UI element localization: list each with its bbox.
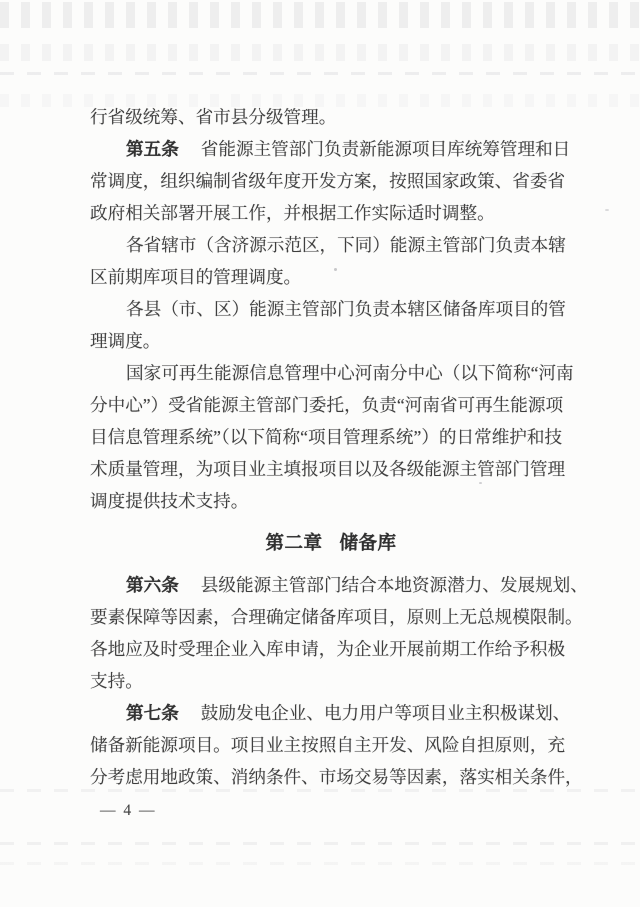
body-line: 各县（市、区）能源主管部门负责本辖区储备库项目的管	[90, 293, 572, 325]
body-line: 各地应及时受理企业入库申请，为企业开展前期工作给予积极	[90, 633, 572, 665]
scan-texture-line	[0, 862, 640, 865]
scan-texture-line	[0, 72, 640, 75]
text-column: 行省级统筹、省市县分级管理。 第五条省能源主管部门负责新能源项目库统筹管理和日 …	[90, 101, 572, 793]
body-line-text: 鼓励发电企业、电力用户等项目业主积极谋划、	[201, 703, 570, 723]
body-line: 政府相关部署开展工作，并根据工作实际适时调整。	[90, 197, 572, 229]
body-line-text: 术质量管理，为项目业主填报项目以及各级能源主管部门管理	[90, 459, 565, 479]
body-line-text: 省能源主管部门负责新能源项目库统筹管理和日	[201, 139, 570, 159]
body-line-text: 政府相关部署开展工作，并根据工作实际适时调整。	[90, 203, 495, 223]
page-number: — 4 —	[100, 802, 157, 820]
body-line-text: 要素保障等因素，合理确定储备库项目，原则上无总规模限制。	[90, 607, 583, 627]
body-line-text: 支持。	[90, 671, 143, 691]
chapter-heading: 第二章储备库	[90, 527, 572, 559]
body-line: 要素保障等因素，合理确定储备库项目，原则上无总规模限制。	[90, 601, 572, 633]
body-line: 行省级统筹、省市县分级管理。	[90, 101, 572, 133]
body-line: 区前期库项目的管理调度。	[90, 261, 572, 293]
body-line-text: 分考虑用地政策、消纳条件、市场交易等因素，落实相关条件，	[90, 767, 583, 787]
body-line: 支持。	[90, 665, 572, 697]
body-line-text: 各省辖市（含济源示范区，下同）能源主管部门负责本辖	[126, 235, 566, 255]
chapter-title: 储备库	[340, 532, 397, 553]
body-line-text: 调度提供技术支持。	[90, 491, 248, 511]
body-line-text: 储备新能源项目。项目业主按照自主开发、风险自担原则，充	[90, 735, 565, 755]
article-number-label: 第五条	[126, 139, 179, 159]
body-line: 分考虑用地政策、消纳条件、市场交易等因素，落实相关条件，	[90, 761, 572, 793]
body-line-text: 国家可再生能源信息管理中心河南分中心（以下简称“河南	[126, 363, 574, 383]
body-line: 调度提供技术支持。	[90, 485, 572, 517]
body-line-text: 各地应及时受理企业入库申请，为企业开展前期工作给予积极	[90, 639, 565, 659]
body-line: 第五条省能源主管部门负责新能源项目库统筹管理和日	[90, 133, 572, 165]
body-line: 第七条鼓励发电企业、电力用户等项目业主积极谋划、	[90, 697, 572, 729]
body-line-text: 理调度。	[90, 331, 160, 351]
body-line-text: 各县（市、区）能源主管部门负责本辖区储备库项目的管	[126, 299, 566, 319]
article-number-label: 第六条	[126, 575, 179, 595]
document-page: 行省级统筹、省市县分级管理。 第五条省能源主管部门负责新能源项目库统筹管理和日 …	[0, 0, 640, 907]
body-line-text: 目信息管理系统”（以下简称“项目管理系统”）的日常维护和技	[90, 427, 562, 447]
body-line-text: 行省级统筹、省市县分级管理。	[90, 107, 336, 127]
body-line: 常调度，组织编制省级年度开发方案，按照国家政策、省委省	[90, 165, 572, 197]
body-line: 理调度。	[90, 325, 572, 357]
body-line: 术质量管理，为项目业主填报项目以及各级能源主管部门管理	[90, 453, 572, 485]
body-line: 国家可再生能源信息管理中心河南分中心（以下简称“河南	[90, 357, 572, 389]
body-line-text: 县级能源主管部门结合本地资源潜力、发展规划、	[201, 575, 588, 595]
body-line-text: 区前期库项目的管理调度。	[90, 267, 301, 287]
body-line-text: 分中心”）受省能源主管部门委托，负责“河南省可再生能源项	[90, 395, 563, 415]
body-line: 目信息管理系统”（以下简称“项目管理系统”）的日常维护和技	[90, 421, 572, 453]
scan-texture-band	[0, 2, 640, 28]
chapter-number: 第二章	[265, 532, 322, 553]
scan-texture-band	[0, 44, 640, 61]
body-line: 各省辖市（含济源示范区，下同）能源主管部门负责本辖	[90, 229, 572, 261]
body-line-text: 常调度，组织编制省级年度开发方案，按照国家政策、省委省	[90, 171, 565, 191]
body-line: 第六条县级能源主管部门结合本地资源潜力、发展规划、	[90, 569, 572, 601]
scan-texture-line	[0, 842, 640, 845]
scan-speck	[605, 209, 609, 211]
body-line: 分中心”）受省能源主管部门委托，负责“河南省可再生能源项	[90, 389, 572, 421]
body-line: 储备新能源项目。项目业主按照自主开发、风险自担原则，充	[90, 729, 572, 761]
article-number-label: 第七条	[126, 703, 179, 723]
